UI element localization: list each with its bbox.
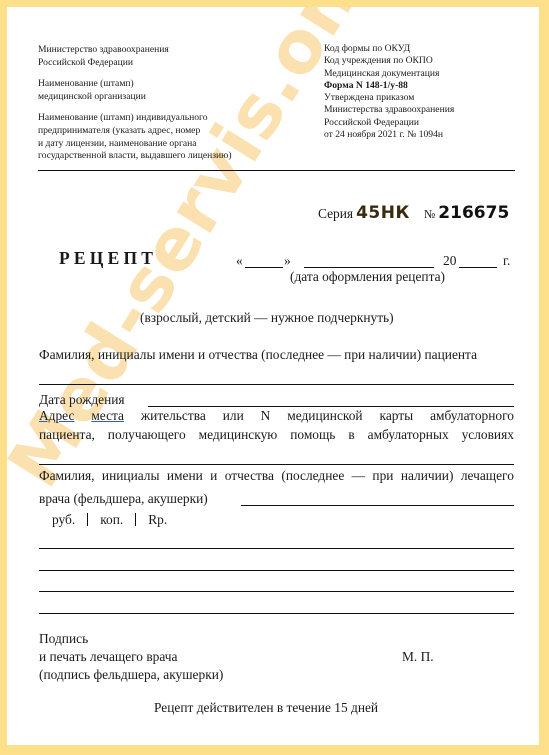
- address-word: амбулаторных: [368, 427, 449, 443]
- birth-date-label: Дата рождения: [39, 392, 125, 408]
- series-block: Серия45НК№216675: [318, 203, 509, 223]
- doctor-label-word: и: [210, 468, 217, 484]
- date-caption: (дата оформления рецепта): [290, 269, 445, 285]
- ip-stamp-line-4: государственной власти, выдавшего лиценз…: [38, 150, 232, 163]
- address-word: пациента,: [39, 427, 95, 443]
- address-word: медицинской: [287, 408, 362, 424]
- rub-label: руб.: [52, 512, 75, 527]
- org-stamp-line-1: Наименование (штамп): [38, 78, 232, 91]
- doctor-label-word: Фамилия,: [39, 468, 95, 484]
- approval-line-3: Российской Федерации: [324, 117, 454, 129]
- validity-note: Рецепт действителен в течение 15 дней: [154, 700, 378, 716]
- age-category-note: (взрослый, детский — нужное подчеркнуть): [140, 310, 394, 326]
- doctor-label-word: отчества: [225, 468, 274, 484]
- date-month-field[interactable]: [304, 267, 434, 268]
- doctor-name-label-line-1: Фамилия, инициалы имени и отчества (посл…: [39, 468, 514, 484]
- series-label: Серия: [318, 206, 353, 221]
- rp-label: Rp.: [148, 512, 167, 527]
- prescription-line-3[interactable]: [39, 591, 514, 592]
- okud-code-label: Код формы по ОКУД: [324, 43, 454, 55]
- stamp-place-label: М. П.: [402, 649, 434, 665]
- doctor-label-word: лечащего: [461, 468, 514, 484]
- doctor-label-word: имени: [167, 468, 203, 484]
- birth-date-field[interactable]: [148, 406, 514, 407]
- address-word: или: [223, 408, 244, 424]
- address-word: в: [348, 427, 354, 443]
- signature-line-3: (подпись фельдшера, акушерки): [39, 667, 223, 683]
- address-label-line-1: Адрес места жительства или N медицинской…: [39, 408, 514, 424]
- date-open-quote: «: [236, 253, 243, 269]
- signature-line-1: Подпись: [39, 631, 88, 647]
- divider: [135, 513, 136, 526]
- approval-line-1: Утверждена приказом: [324, 92, 454, 104]
- doctor-label-word: при: [372, 468, 393, 484]
- patient-name-field[interactable]: [39, 384, 514, 385]
- org-stamp-line-2: медицинской организации: [38, 91, 232, 104]
- date-year-suffix: г.: [503, 253, 510, 269]
- address-word: Адрес: [39, 408, 74, 424]
- form-number: Форма N 148-1/у-88: [324, 80, 454, 92]
- doctor-label-word: инициалы: [102, 468, 160, 484]
- ip-stamp-line-2: предпринимателя (указать адрес, номер: [38, 125, 232, 138]
- payment-row: руб.коп.Rp.: [52, 512, 167, 528]
- doctor-name-label-line-2: врача (фельдшера, акушерки): [39, 491, 208, 507]
- divider: [87, 513, 88, 526]
- doctor-label-word: —: [352, 468, 365, 484]
- address-word: карты: [380, 408, 414, 424]
- doctor-label-word: (последнее: [281, 468, 344, 484]
- address-word: N: [261, 408, 271, 424]
- doctor-name-field[interactable]: [241, 505, 514, 506]
- address-field[interactable]: [39, 464, 514, 465]
- doctor-label-word: наличии): [401, 468, 454, 484]
- address-word: амбулаторного: [430, 408, 514, 424]
- date-day-field[interactable]: [245, 267, 283, 268]
- med-doc-label: Медицинская документация: [324, 68, 454, 80]
- series-code: 45НК: [356, 203, 410, 223]
- ministry-line-2: Российской Федерации: [38, 57, 232, 70]
- date-close-quote: »: [284, 253, 291, 269]
- header-divider: [38, 170, 515, 171]
- patient-name-label: Фамилия, инициалы имени и отчества (посл…: [39, 347, 477, 363]
- ministry-line-1: Министерство здравоохранения: [38, 44, 232, 57]
- prescription-line-4[interactable]: [39, 613, 514, 614]
- address-word: помощь: [290, 427, 335, 443]
- address-word: места: [91, 408, 124, 424]
- signature-line-2: и печать лечащего врача: [39, 649, 177, 665]
- header-right: Код формы по ОКУД Код учреждения по ОКПО…: [324, 43, 454, 141]
- ip-stamp-line-1: Наименование (штамп) индивидуального: [38, 112, 232, 125]
- address-label-line-2: пациента, получающего медицинскую помощь…: [39, 427, 514, 443]
- ip-stamp-line-3: и дату лицензии, наименование органа: [38, 138, 232, 151]
- address-word: условиях: [462, 427, 514, 443]
- form-title: РЕЦЕПТ: [59, 248, 157, 269]
- prescription-line-2[interactable]: [39, 570, 514, 571]
- date-year-prefix: 20: [443, 253, 456, 269]
- header-left: Министерство здравоохранения Российской …: [38, 44, 232, 163]
- approval-line-2: Министерства здравоохранения: [324, 104, 454, 116]
- address-word: получающего: [108, 427, 186, 443]
- approval-line-4: от 24 ноября 2021 г. № 1094н: [324, 129, 454, 141]
- okpo-code-label: Код учреждения по ОКПО: [324, 55, 454, 67]
- prescription-number: 216675: [438, 203, 509, 223]
- number-label: №: [424, 207, 435, 221]
- kop-label: коп.: [100, 512, 123, 527]
- date-year-field[interactable]: [459, 267, 497, 268]
- address-word: жительства: [141, 408, 206, 424]
- address-word: медицинскую: [199, 427, 278, 443]
- prescription-form-page: Med-servis.online Министерство здравоохр…: [7, 7, 539, 745]
- prescription-line-1[interactable]: [39, 548, 514, 549]
